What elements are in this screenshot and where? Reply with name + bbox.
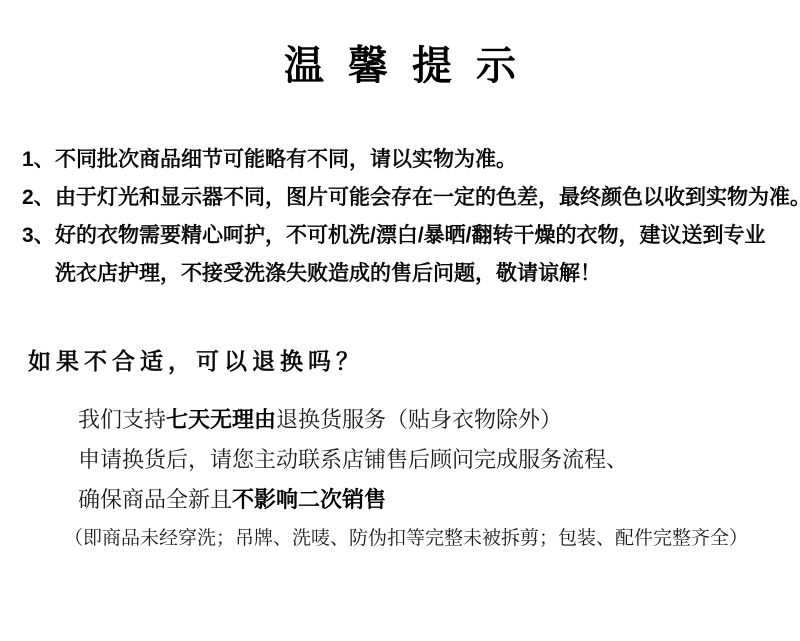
faq-answer-line-3: 确保商品全新且不影响二次销售 bbox=[78, 487, 386, 513]
faq-answer-line-1: 我们支持七天无理由退换货服务（贴身衣物除外） bbox=[78, 407, 562, 433]
notice-number: 1、 bbox=[22, 141, 55, 179]
answer-text: 退换货服务（贴身衣物除外） bbox=[276, 407, 562, 432]
notice-item-1: 1、 不同批次商品细节可能略有不同，请以实物为准。 bbox=[22, 141, 794, 179]
notice-number: 2、 bbox=[22, 179, 55, 217]
answer-emphasis: 七天无理由 bbox=[166, 407, 276, 432]
answer-text: 我们支持 bbox=[78, 407, 166, 432]
answer-text: 确保商品全新且 bbox=[78, 487, 232, 512]
notice-item-2: 2、 由于灯光和显示器不同，图片可能会存在一定的色差，最终颜色以收到实物为准。 bbox=[22, 179, 794, 217]
page-title: 温馨提示 bbox=[0, 42, 800, 90]
notice-text: 洗衣店护理，不接受洗涤失败造成的售后问题，敬请谅解！ bbox=[55, 255, 601, 293]
faq-note: （即商品未经穿洗；吊牌、洗唛、防伪扣等完整未被拆剪；包装、配件完整齐全） bbox=[64, 527, 748, 550]
faq-question: 如果不合适，可以退换吗？ bbox=[28, 347, 364, 375]
notice-text: 由于灯光和显示器不同，图片可能会存在一定的色差，最终颜色以收到实物为准。 bbox=[55, 179, 800, 217]
notice-list: 1、 不同批次商品细节可能略有不同，请以实物为准。 2、 由于灯光和显示器不同，… bbox=[22, 141, 794, 293]
faq-answer-line-2: 申请换货后，请您主动联系店铺售后顾问完成服务流程、 bbox=[78, 447, 628, 473]
answer-emphasis: 不影响二次销售 bbox=[232, 487, 386, 512]
notice-number: 3、 bbox=[22, 217, 55, 255]
notice-item-3-line-2: 洗衣店护理，不接受洗涤失败造成的售后问题，敬请谅解！ bbox=[22, 255, 794, 293]
notice-text: 好的衣物需要精心呵护，不可机洗/漂白/暴晒/翻转干燥的衣物，建议送到专业 bbox=[55, 217, 766, 255]
notice-text: 不同批次商品细节可能略有不同，请以实物为准。 bbox=[55, 141, 517, 179]
notice-item-3-line-1: 3、 好的衣物需要精心呵护，不可机洗/漂白/暴晒/翻转干燥的衣物，建议送到专业 bbox=[22, 217, 794, 255]
notice-page: 温馨提示 1、 不同批次商品细节可能略有不同，请以实物为准。 2、 由于灯光和显… bbox=[0, 0, 800, 641]
